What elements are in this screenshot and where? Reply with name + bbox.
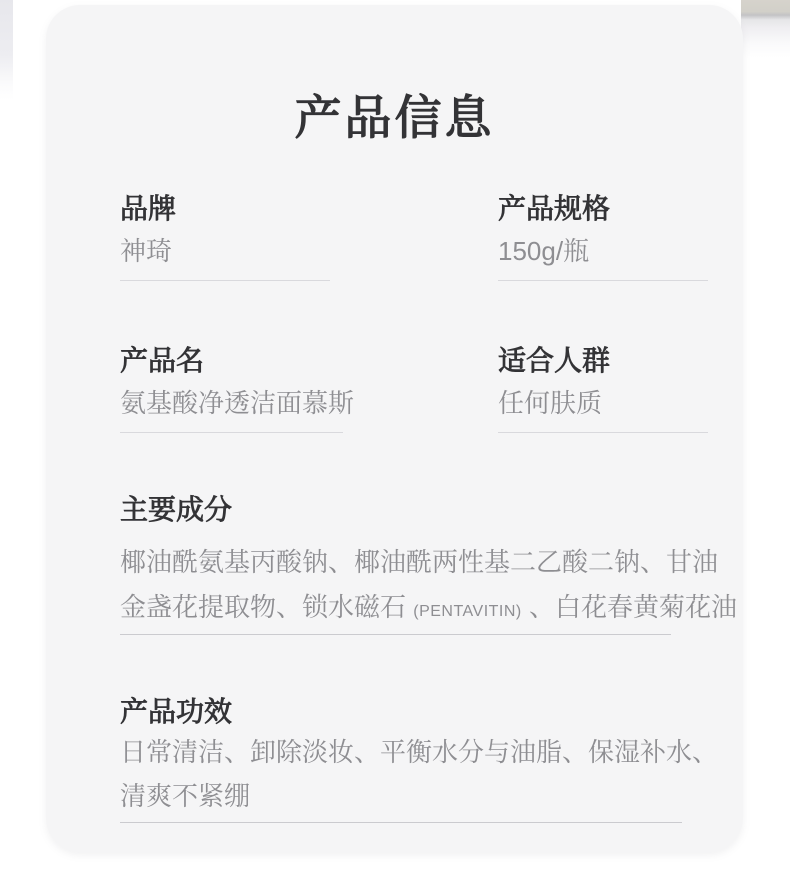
- ingredients-line-1: 椰油酰氨基丙酸钠、椰油酰两性基二乙酸二钠、甘油: [120, 540, 737, 585]
- section-effects-divider: [120, 822, 682, 823]
- section-effects-body: 日常清洁、卸除淡妆、平衡水分与油脂、保湿补水、 清爽不紧绷: [120, 730, 718, 818]
- ingredients-line-2-text: 金盏花提取物、锁水磁石: [120, 592, 413, 622]
- field-audience-label: 适合人群: [498, 342, 790, 380]
- page-background: 产品信息 品牌 神琦 产品规格 150g/瓶 产品名 氨基酸净透洁面慕斯 适合人…: [0, 0, 790, 879]
- field-brand-underline: [120, 280, 330, 281]
- field-brand: 品牌 神琦: [120, 190, 460, 281]
- effects-line-2: 清爽不紧绷: [120, 774, 718, 818]
- field-audience-value: 任何肤质: [498, 386, 790, 420]
- field-spec: 产品规格 150g/瓶: [498, 190, 790, 281]
- section-effects: 产品功效 日常清洁、卸除淡妆、平衡水分与油脂、保湿补水、 清爽不紧绷: [120, 694, 718, 823]
- field-spec-label: 产品规格: [498, 190, 790, 228]
- field-brand-label: 品牌: [120, 190, 460, 228]
- section-effects-label: 产品功效: [120, 694, 718, 730]
- field-product-name-label: 产品名: [120, 342, 460, 380]
- effects-line-1: 日常清洁、卸除淡妆、平衡水分与油脂、保湿补水、: [120, 730, 718, 774]
- section-main-ingredients: 主要成分 椰油酰氨基丙酸钠、椰油酰两性基二乙酸二钠、甘油 金盏花提取物、锁水磁石…: [120, 492, 737, 635]
- field-product-name-value: 氨基酸净透洁面慕斯: [120, 386, 460, 420]
- ingredients-latin-name: (PENTAVITIN): [413, 603, 522, 620]
- field-brand-value: 神琦: [120, 234, 460, 268]
- page-title: 产品信息: [46, 81, 743, 148]
- background-photo-fragment-left: [0, 0, 13, 100]
- ingredients-line-2: 金盏花提取物、锁水磁石 (PENTAVITIN) 、白花春黄菊花油: [120, 585, 737, 634]
- section-main-ingredients-body: 椰油酰氨基丙酸钠、椰油酰两性基二乙酸二钠、甘油 金盏花提取物、锁水磁石 (PEN…: [120, 540, 737, 634]
- field-spec-value: 150g/瓶: [498, 234, 790, 268]
- background-photo-fragment-right: [741, 0, 790, 58]
- ingredients-line-2-tail: 、白花春黄菊花油: [522, 592, 737, 622]
- field-product-name-underline: [120, 432, 343, 433]
- field-spec-underline: [498, 280, 708, 281]
- field-audience: 适合人群 任何肤质: [498, 342, 790, 433]
- section-main-ingredients-label: 主要成分: [120, 492, 737, 528]
- field-product-name: 产品名 氨基酸净透洁面慕斯: [120, 342, 460, 433]
- field-audience-underline: [498, 432, 708, 433]
- section-main-ingredients-divider: [120, 634, 671, 635]
- product-info-card: 产品信息 品牌 神琦 产品规格 150g/瓶 产品名 氨基酸净透洁面慕斯 适合人…: [46, 5, 743, 852]
